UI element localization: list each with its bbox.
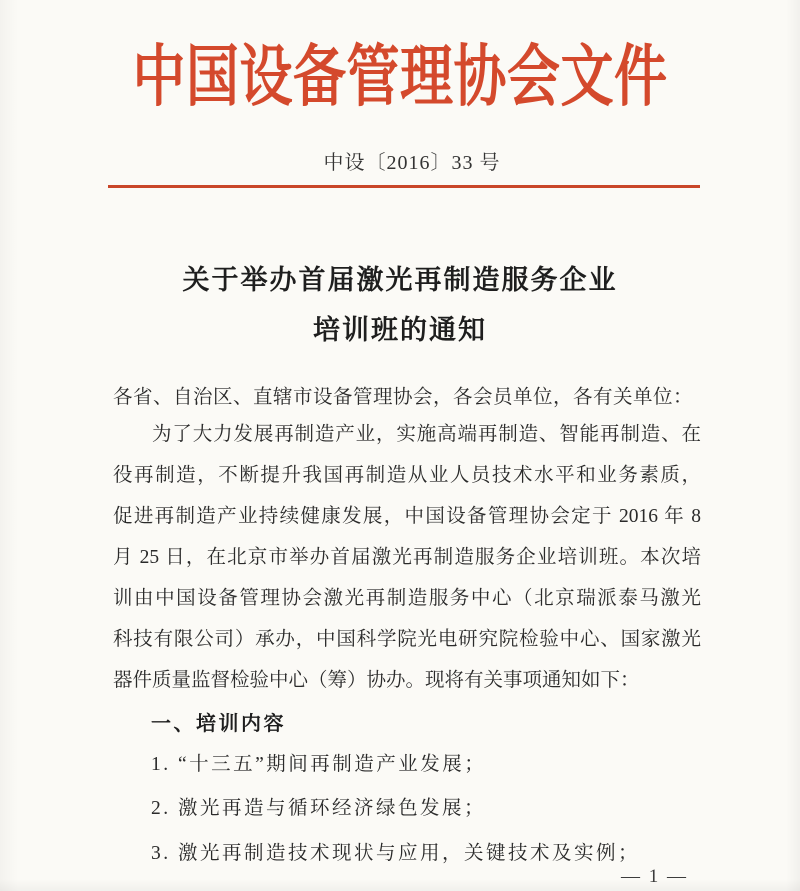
document-number: 中设〔2016〕33 号	[12, 146, 800, 175]
section-heading-training-content: 一、培训内容	[151, 707, 286, 736]
notice-title-line2: 培训班的通知	[0, 308, 800, 347]
body-line: 月 25 日，在北京市举办首届激光再制造服务企业培训班。本次培	[113, 537, 701, 578]
document-page: 中国设备管理协会文件 中设〔2016〕33 号 关于举办首届激光再制造服务企业 …	[0, 0, 800, 891]
letterhead-title: 中国设备管理协会文件	[0, 24, 800, 120]
list-item-1: 1. “十三五”期间再制造产业发展；	[151, 748, 486, 776]
notice-title-line1: 关于举办首届激光再制造服务企业	[0, 258, 800, 297]
page-number: — 1 —	[621, 866, 688, 888]
body-line: 训由中国设备管理协会激光再制造服务中心（北京瑞派泰马激光	[113, 578, 701, 619]
body-line: 役再制造，不断提升我国再制造从业人员技术水平和业务素质，	[113, 455, 701, 496]
body-line: 为了大力发展再制造产业，实施高端再制造、智能再制造、在	[113, 414, 701, 455]
list-item-3: 3. 激光再制造技术现状与应用，关键技术及实例；	[151, 837, 640, 865]
body-line: 器件质量监督检验中心（筹）协办。现将有关事项通知如下：	[113, 660, 701, 701]
body-paragraph: 为了大力发展再制造产业，实施高端再制造、智能再制造、在 役再制造，不断提升我国再…	[113, 414, 701, 701]
body-line: 促进再制造产业持续健康发展，中国设备管理协会定于 2016 年 8	[113, 496, 701, 537]
body-line: 科技有限公司）承办，中国科学院光电研究院检验中心、国家激光	[113, 619, 701, 660]
list-item-2: 2. 激光再造与循环经济绿色发展；	[151, 792, 486, 820]
red-divider-rule	[108, 185, 700, 188]
salutation-line: 各省、自治区、直辖市设备管理协会，各会员单位，各有关单位：	[113, 381, 713, 409]
